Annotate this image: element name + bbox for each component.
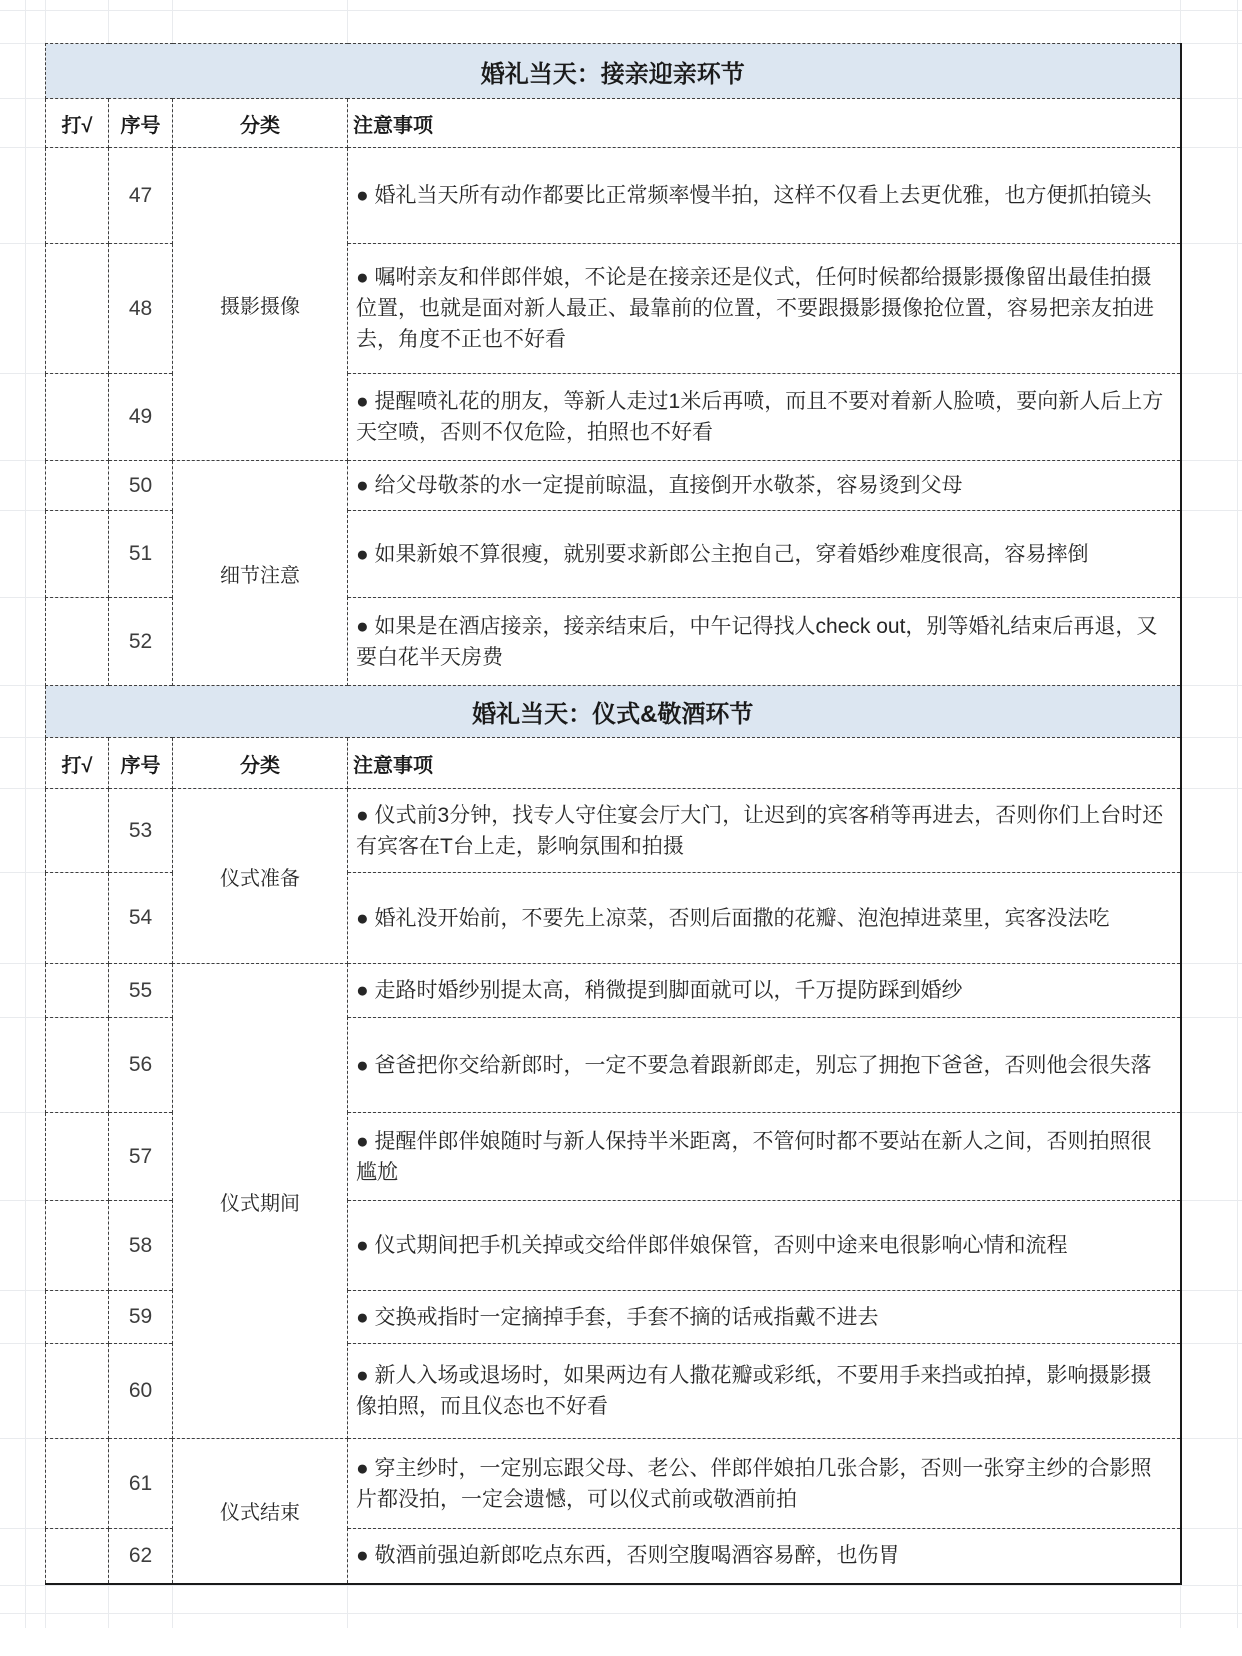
check-cell[interactable] [46, 789, 109, 873]
category-cell: 仪式结束 [173, 1439, 348, 1584]
note-cell: ● 仪式期间把手机关掉或交给伴郎伴娘保管，否则中途来电很影响心情和流程 [348, 1201, 1181, 1291]
column-header-category: 分类 [173, 99, 348, 148]
category-cell: 仪式准备 [173, 789, 348, 964]
note-cell: ● 提醒喷礼花的朋友，等新人走过1米后再喷，而且不要对着新人脸喷，要向新人后上方… [348, 374, 1181, 461]
table-row: 47 摄影摄像 ● 婚礼当天所有动作都要比正常频率慢半拍，这样不仅看上去更优雅，… [46, 148, 1181, 244]
check-cell[interactable] [46, 511, 109, 598]
row-number-cell: 52 [109, 598, 173, 686]
row-number-cell: 50 [109, 461, 173, 511]
row-number-cell: 47 [109, 148, 173, 244]
note-cell: ● 穿主纱时，一定别忘跟父母、老公、伴郎伴娘拍几张合影，否则一张穿主纱的合影照片… [348, 1439, 1181, 1529]
row-number-cell: 55 [109, 964, 173, 1018]
note-cell: ● 爸爸把你交给新郎时，一定不要急着跟新郎走，别忘了拥抱下爸爸，否则他会很失落 [348, 1018, 1181, 1113]
note-cell: ● 给父母敬茶的水一定提前晾温，直接倒开水敬茶，容易烫到父母 [348, 461, 1181, 511]
column-header-number: 序号 [109, 99, 173, 148]
column-header-check: 打√ [46, 738, 109, 789]
note-cell: ● 提醒伴郎伴娘随时与新人保持半米距离，不管何时都不要站在新人之间，否则拍照很尴… [348, 1113, 1181, 1201]
column-header-category: 分类 [173, 738, 348, 789]
check-cell[interactable] [46, 1018, 109, 1113]
category-cell: 细节注意 [173, 461, 348, 686]
check-cell[interactable] [46, 1529, 109, 1584]
check-cell[interactable] [46, 1291, 109, 1344]
spreadsheet-page: 婚礼当天：接亲迎亲环节 打√ 序号 分类 注意事项 47 摄影摄像 ● 婚礼当天… [0, 0, 1242, 1656]
column-header-row: 打√ 序号 分类 注意事项 [46, 738, 1181, 789]
check-cell[interactable] [46, 1439, 109, 1529]
note-cell: ● 嘱咐亲友和伴郎伴娘，不论是在接亲还是仪式，任何时候都给摄影摄像留出最佳拍摄位… [348, 244, 1181, 374]
check-cell[interactable] [46, 244, 109, 374]
check-cell[interactable] [46, 873, 109, 964]
row-number-cell: 60 [109, 1344, 173, 1439]
row-number-cell: 54 [109, 873, 173, 964]
column-header-note: 注意事项 [348, 99, 1181, 148]
note-cell: ● 婚礼没开始前，不要先上凉菜，否则后面撒的花瓣、泡泡掉进菜里，宾客没法吃 [348, 873, 1181, 964]
note-cell: ● 新人入场或退场时，如果两边有人撒花瓣或彩纸，不要用手来挡或拍掉，影响摄影摄像… [348, 1344, 1181, 1439]
table-row: 53 仪式准备 ● 仪式前3分钟，找专人守住宴会厅大门，让迟到的宾客稍等再进去，… [46, 789, 1181, 873]
row-number-cell: 49 [109, 374, 173, 461]
row-number-cell: 53 [109, 789, 173, 873]
category-cell: 摄影摄像 [173, 148, 348, 461]
section-title: 婚礼当天：接亲迎亲环节 [46, 44, 1181, 99]
wedding-checklist-table: 婚礼当天：接亲迎亲环节 打√ 序号 分类 注意事项 47 摄影摄像 ● 婚礼当天… [45, 43, 1182, 1585]
note-cell: ● 仪式前3分钟，找专人守住宴会厅大门，让迟到的宾客稍等再进去，否则你们上台时还… [348, 789, 1181, 873]
note-cell: ● 走路时婚纱别提太高，稍微提到脚面就可以，千万提防踩到婚纱 [348, 964, 1181, 1018]
row-number-cell: 58 [109, 1201, 173, 1291]
column-header-check: 打√ [46, 99, 109, 148]
check-cell[interactable] [46, 1113, 109, 1201]
note-cell: ● 敬酒前强迫新郎吃点东西，否则空腹喝酒容易醉，也伤胃 [348, 1529, 1181, 1584]
category-cell: 仪式期间 [173, 964, 348, 1439]
column-header-note: 注意事项 [348, 738, 1181, 789]
row-number-cell: 59 [109, 1291, 173, 1344]
note-cell: ● 交换戒指时一定摘掉手套，手套不摘的话戒指戴不进去 [348, 1291, 1181, 1344]
row-number-cell: 48 [109, 244, 173, 374]
column-header-row: 打√ 序号 分类 注意事项 [46, 99, 1181, 148]
table-row: 50 细节注意 ● 给父母敬茶的水一定提前晾温，直接倒开水敬茶，容易烫到父母 [46, 461, 1181, 511]
section-header-row: 婚礼当天：接亲迎亲环节 [46, 44, 1181, 99]
section-title: 婚礼当天：仪式&敬酒环节 [46, 686, 1181, 738]
table-row: 61 仪式结束 ● 穿主纱时，一定别忘跟父母、老公、伴郎伴娘拍几张合影，否则一张… [46, 1439, 1181, 1529]
column-header-number: 序号 [109, 738, 173, 789]
row-number-cell: 51 [109, 511, 173, 598]
note-cell: ● 如果是在酒店接亲，接亲结束后，中午记得找人check out，别等婚礼结束后… [348, 598, 1181, 686]
row-number-cell: 57 [109, 1113, 173, 1201]
check-cell[interactable] [46, 1344, 109, 1439]
check-cell[interactable] [46, 374, 109, 461]
check-cell[interactable] [46, 598, 109, 686]
check-cell[interactable] [46, 461, 109, 511]
section-header-row: 婚礼当天：仪式&敬酒环节 [46, 686, 1181, 738]
check-cell[interactable] [46, 1201, 109, 1291]
check-cell[interactable] [46, 964, 109, 1018]
row-number-cell: 56 [109, 1018, 173, 1113]
row-number-cell: 61 [109, 1439, 173, 1529]
table-row: 55 仪式期间 ● 走路时婚纱别提太高，稍微提到脚面就可以，千万提防踩到婚纱 [46, 964, 1181, 1018]
note-cell: ● 婚礼当天所有动作都要比正常频率慢半拍，这样不仅看上去更优雅，也方便抓拍镜头 [348, 148, 1181, 244]
row-number-cell: 62 [109, 1529, 173, 1584]
check-cell[interactable] [46, 148, 109, 244]
note-cell: ● 如果新娘不算很瘦，就别要求新郎公主抱自己，穿着婚纱难度很高，容易摔倒 [348, 511, 1181, 598]
